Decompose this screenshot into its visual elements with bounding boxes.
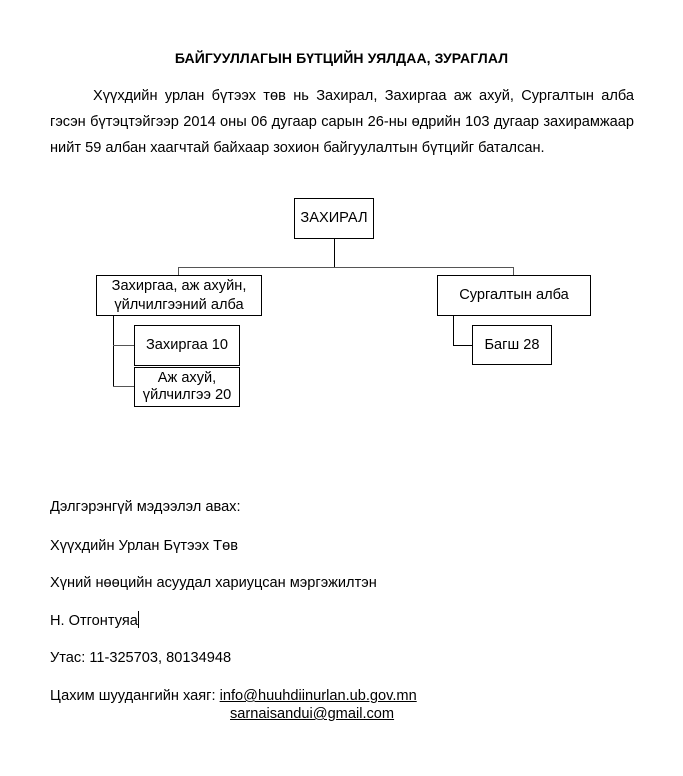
connector-left-drop	[178, 267, 179, 275]
contact-heading: Дэлгэрэнгүй мэдээлэл авах:	[50, 498, 241, 516]
contact-person-name: Н. Отгонтуяа	[50, 613, 138, 629]
contact-organization: Хүүхдийн Урлан Бүтээх Төв	[50, 537, 238, 555]
connector-root-down	[334, 238, 335, 267]
org-box-label: Сургалтын алба	[459, 286, 568, 305]
org-box-label: үйлчилгээ 20	[143, 387, 231, 404]
connector-horizontal	[178, 267, 514, 268]
text-cursor	[138, 611, 139, 628]
connector-right-branch	[453, 315, 454, 345]
org-box-admin-department: Захиргаа, аж ахуйн, үйлчилгээний алба	[96, 275, 262, 316]
connector-left-branch	[113, 315, 114, 387]
contact-position: Хүний нөөцийн асуудал хариуцсан мэргэжил…	[50, 574, 377, 592]
email-link-primary[interactable]: info@huuhdiinurlan.ub.gov.mn	[220, 688, 417, 704]
connector-right-drop	[513, 267, 514, 275]
org-box-director: ЗАХИРАЛ	[294, 198, 374, 239]
contact-email-row-2: sarnaisandui@gmail.com	[230, 705, 394, 723]
email-label: Цахим шуудангийн хаяг:	[50, 688, 220, 704]
contact-phone: Утас: 11-325703, 80134948	[50, 649, 231, 667]
contact-person[interactable]: Н. Отгонтуяа	[50, 611, 139, 630]
connector-left-tick-1	[113, 345, 134, 346]
org-box-facilities-unit: Аж ахуй, үйлчилгээ 20	[134, 367, 240, 407]
org-box-teachers-unit: Багш 28	[472, 325, 552, 365]
org-box-label: ЗАХИРАЛ	[300, 209, 367, 228]
contact-email-row: Цахим шуудангийн хаяг: info@huuhdiinurla…	[50, 687, 417, 705]
org-box-label: Аж ахуй,	[158, 370, 216, 387]
org-box-training-department: Сургалтын алба	[437, 275, 591, 316]
org-box-label: Багш 28	[484, 336, 539, 355]
connector-left-tick-2	[113, 386, 134, 387]
org-box-label: Захиргаа 10	[146, 336, 228, 355]
email-link-secondary[interactable]: sarnaisandui@gmail.com	[230, 706, 394, 722]
connector-right-tick	[453, 345, 472, 346]
org-box-label: Захиргаа, аж ахуйн,	[112, 277, 247, 296]
org-box-label: үйлчилгээний алба	[114, 296, 243, 315]
org-box-admin-unit: Захиргаа 10	[134, 325, 240, 366]
